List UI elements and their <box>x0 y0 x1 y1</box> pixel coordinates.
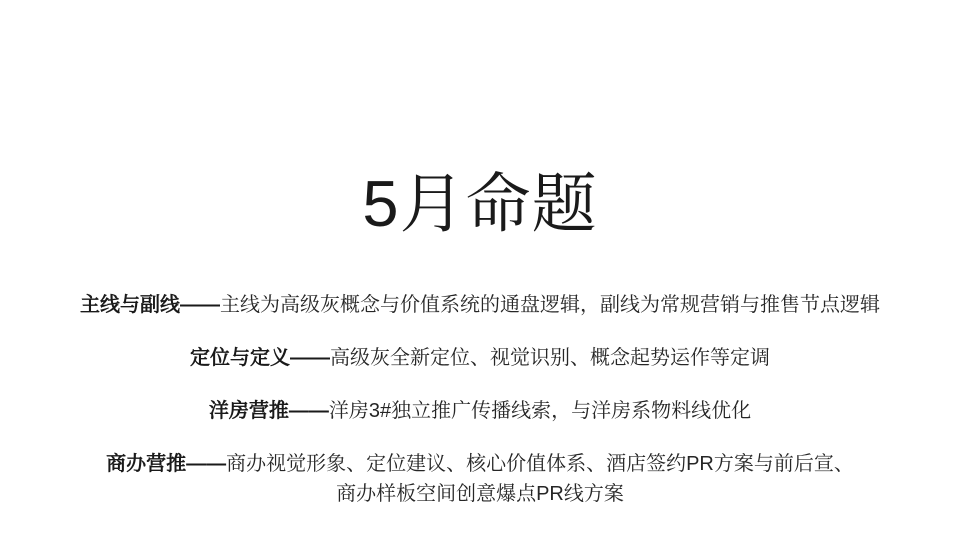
point-text-wrapped: 商办样板空间创意爆点PR线方案 <box>336 483 624 505</box>
point-text: 主线为高级灰概念与价值系统的通盘逻辑，副线为常规营销与推售节点逻辑 <box>220 294 880 316</box>
point-lead: 定位与定义—— <box>190 347 330 369</box>
bullet-points: 主线与副线——主线为高级灰概念与价值系统的通盘逻辑，副线为常规营销与推售节点逻辑… <box>0 290 960 509</box>
point-positioning-and-definition: 定位与定义——高级灰全新定位、视觉识别、概念起势运作等定调 <box>0 343 960 373</box>
point-lead: 商办营推—— <box>106 453 226 475</box>
point-lead: 洋房营推—— <box>209 400 329 422</box>
point-lead: 主线与副线—— <box>80 294 220 316</box>
point-text: 洋房3#独立推广传播线索，与洋房系物料线优化 <box>329 400 751 422</box>
point-flats-marketing: 洋房营推——洋房3#独立推广传播线索，与洋房系物料线优化 <box>0 396 960 426</box>
point-text: 高级灰全新定位、视觉识别、概念起势运作等定调 <box>330 347 770 369</box>
point-text: 商办视觉形象、定位建议、核心价值体系、酒店签约PR方案与前后宣、 <box>226 453 854 475</box>
presentation-slide: 5月命题 主线与副线——主线为高级灰概念与价值系统的通盘逻辑，副线为常规营销与推… <box>0 0 960 540</box>
point-commercial-marketing: 商办营推——商办视觉形象、定位建议、核心价值体系、酒店签约PR方案与前后宣、商办… <box>0 449 960 509</box>
point-main-and-sub-line: 主线与副线——主线为高级灰概念与价值系统的通盘逻辑，副线为常规营销与推售节点逻辑 <box>0 290 960 320</box>
slide-title: 5月命题 <box>0 170 960 238</box>
